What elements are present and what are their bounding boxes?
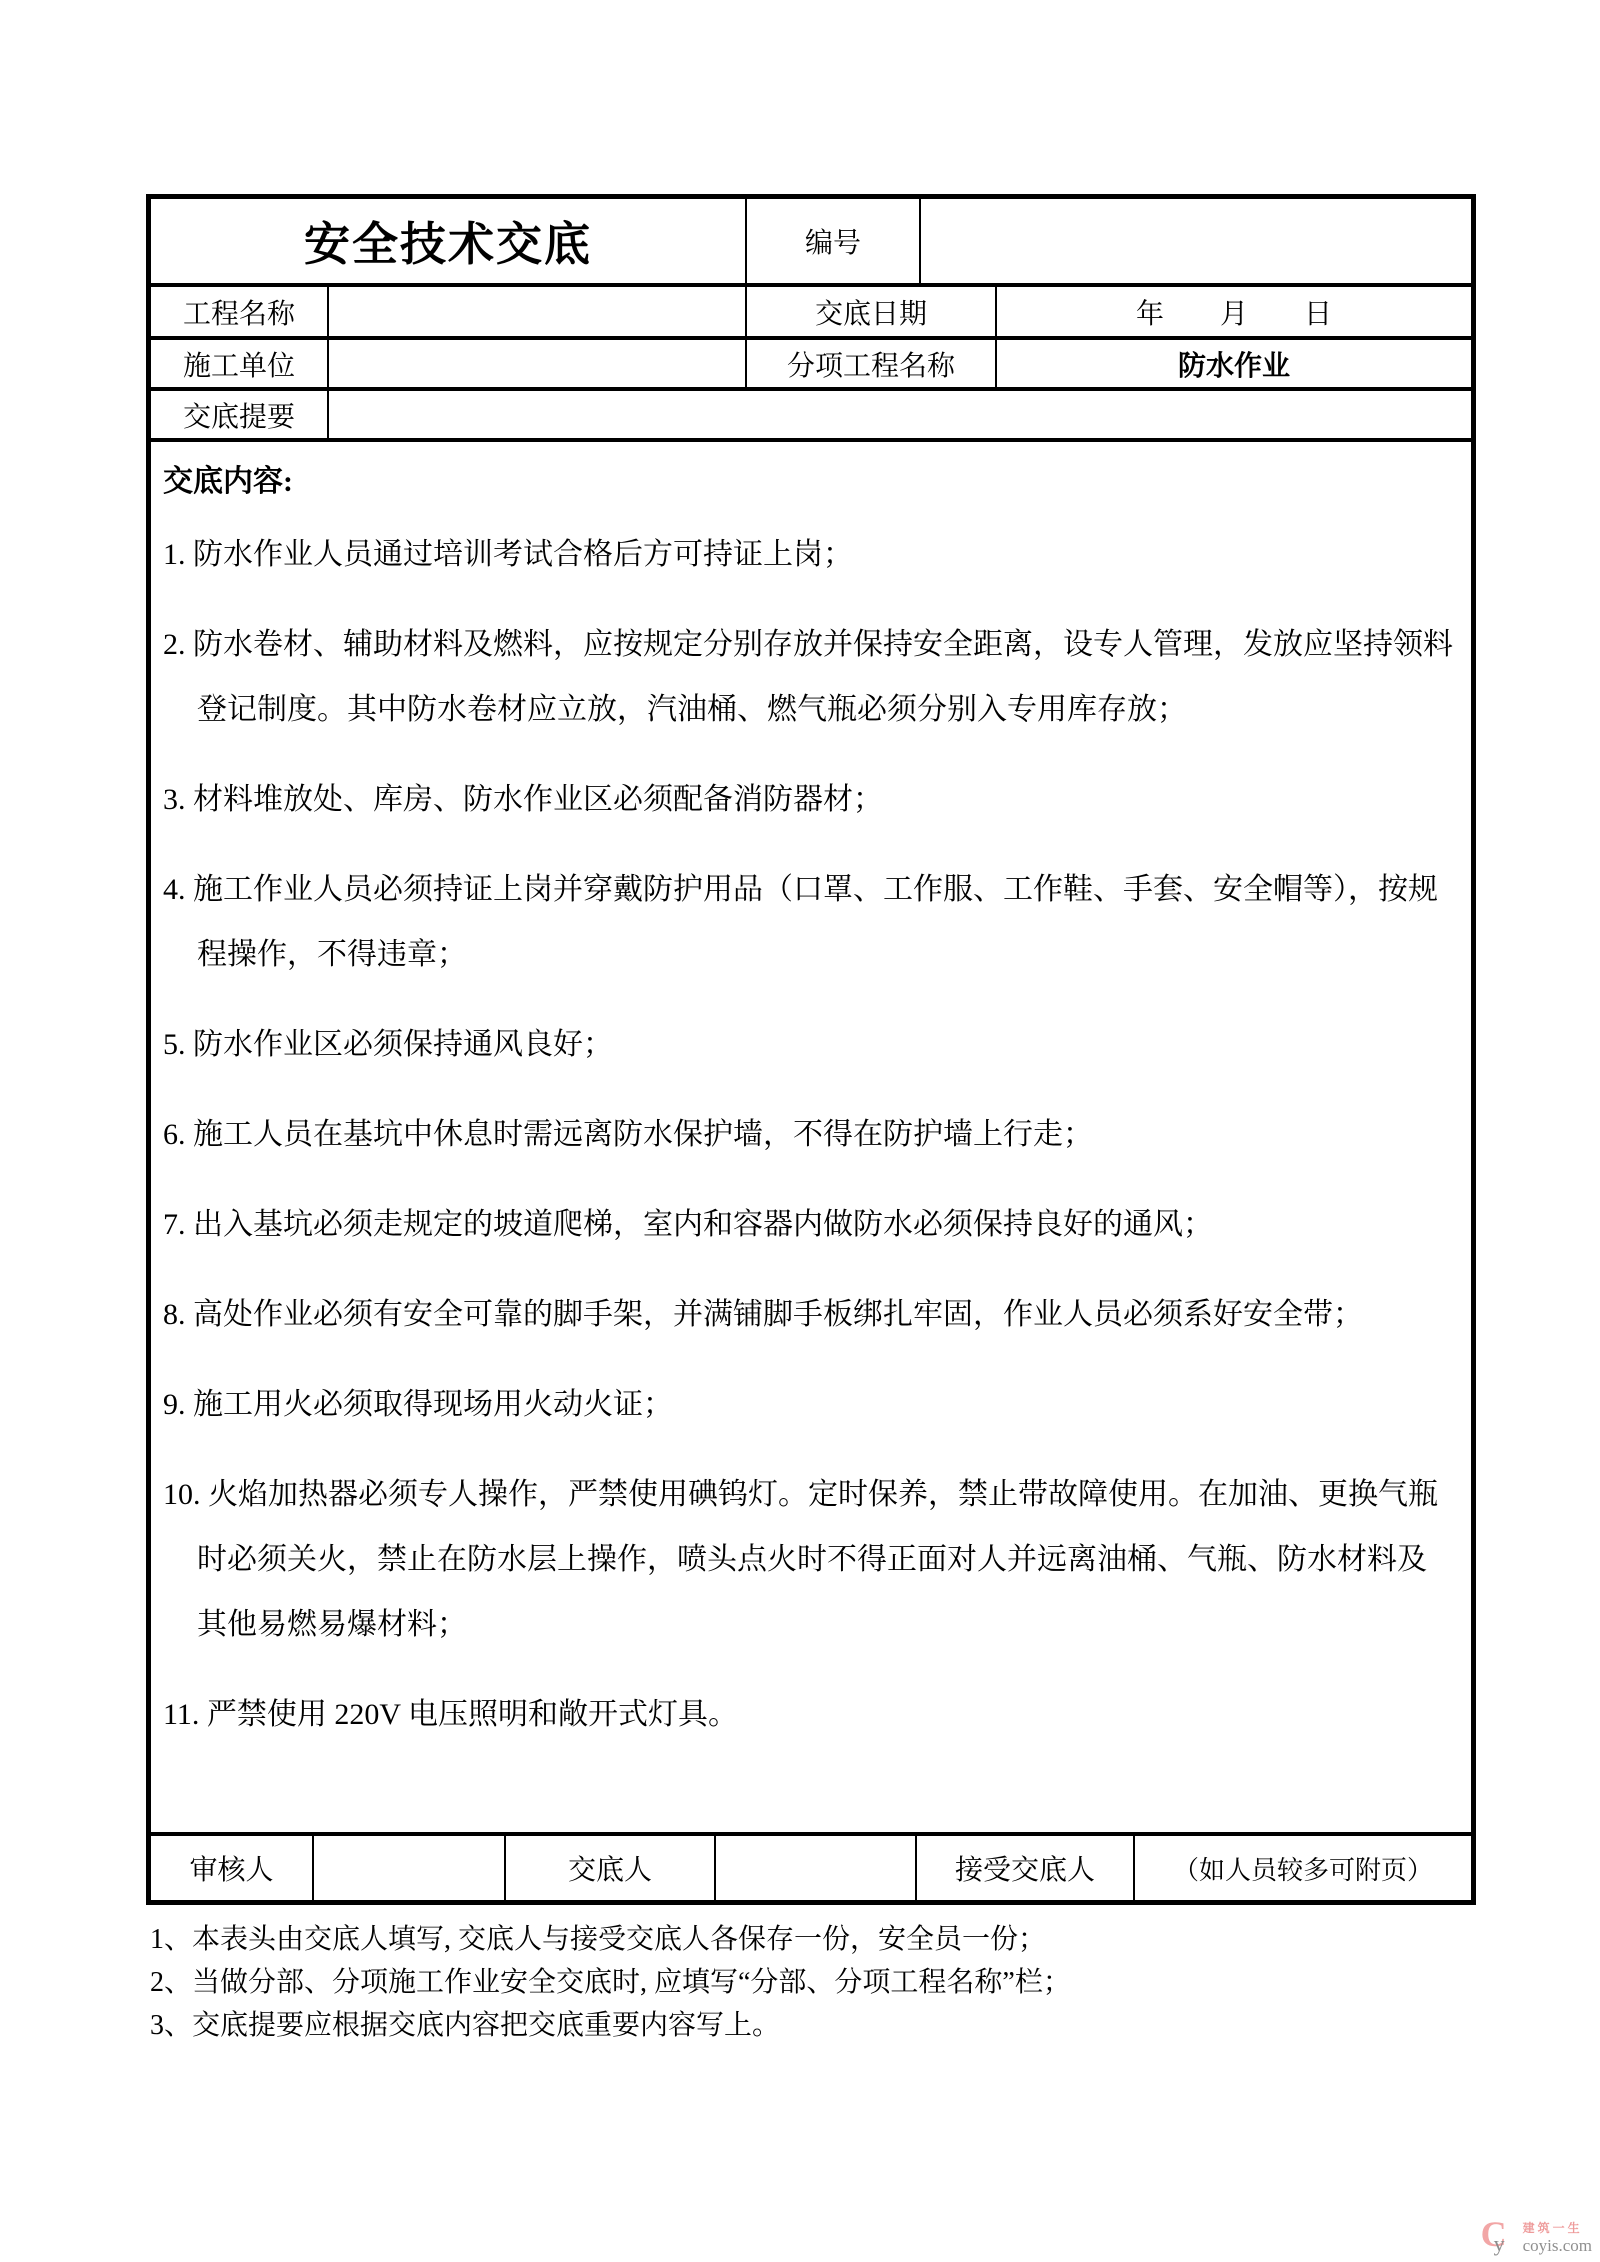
disclosure-date-label: 交底日期 [747,287,997,336]
project-name-label: 工程名称 [151,287,329,336]
construction-unit-label: 施工单位 [151,340,329,387]
safety-disclosure-form: 安全技术交底 编号 工程名称 交底日期 年 月 日 施工单位 分项工程名称 防水… [146,194,1476,1905]
disclosure-content: 交底内容: 1. 防水作业人员通过培训考试合格后方可持证上岗； 2. 防水卷材、… [151,442,1471,1832]
coyis-logo-icon: C y [1481,2216,1517,2256]
content-item: 7. 出入基坑必须走规定的坡道爬梯，室内和容器内做防水必须保持良好的通风； [163,1192,1455,1257]
watermark-domain: coyis.com [1523,2235,1592,2256]
watermark-text: 建筑一生 coyis.com [1523,2221,1592,2256]
reviewer-value-cell [314,1836,506,1900]
logo-letter-y: y [1494,2233,1505,2255]
summary-row: 交底提要 [151,391,1471,442]
disclosure-date-value: 年 月 日 [997,287,1471,336]
content-item: 5. 防水作业区必须保持通风良好； [163,1012,1455,1077]
content-row: 交底内容: 1. 防水作业人员通过培训考试合格后方可持证上岗； 2. 防水卷材、… [151,442,1471,1832]
unit-row: 施工单位 分项工程名称 防水作业 [151,340,1471,391]
number-value-cell [921,199,1471,283]
sub-project-value: 防水作业 [997,340,1471,387]
footnotes: 1、本表头由交底人填写, 交底人与接受交底人各保存一份，安全员一份； 2、当做分… [150,1918,1400,2047]
content-item: 9. 施工用火必须取得现场用火动火证； [163,1372,1455,1437]
construction-unit-value-cell [329,340,747,387]
content-item: 6. 施工人员在基坑中休息时需远离防水保护墙，不得在防护墙上行走； [163,1102,1455,1167]
content-heading: 交底内容: [163,458,1455,506]
footnote: 3、交底提要应根据交底内容把交底重要内容写上。 [150,2004,1400,2047]
summary-label: 交底提要 [151,391,329,438]
content-item: 2. 防水卷材、辅助材料及燃料，应按规定分别存放并保持安全距离，设专人管理，发放… [163,612,1455,742]
summary-value-cell [329,391,1471,438]
receiver-label: 接受交底人 [917,1836,1135,1900]
signoff-row: 审核人 交底人 接受交底人 （如人员较多可附页） [151,1832,1471,1900]
site-watermark: C y 建筑一生 coyis.com [1481,2216,1592,2256]
footnote: 2、当做分部、分项施工作业安全交底时, 应填写“分部、分项工程名称”栏； [150,1961,1400,2004]
content-item: 10. 火焰加热器必须专人操作，严禁使用碘钨灯。定时保养，禁止带故障使用。在加油… [163,1462,1455,1657]
receiver-note: （如人员较多可附页） [1135,1836,1471,1900]
content-item: 8. 高处作业必须有安全可靠的脚手架，并满铺脚手板绑扎牢固，作业人员必须系好安全… [163,1282,1455,1347]
discloser-label: 交底人 [506,1836,716,1900]
discloser-value-cell [716,1836,917,1900]
reviewer-label: 审核人 [151,1836,314,1900]
footnote: 1、本表头由交底人填写, 交底人与接受交底人各保存一份，安全员一份； [150,1918,1400,1961]
watermark-brand: 建筑一生 [1523,2221,1583,2235]
content-item: 11. 严禁使用 220V 电压照明和敞开式灯具。 [163,1682,1455,1747]
content-item: 4. 施工作业人员必须持证上岗并穿戴防护用品（口罩、工作服、工作鞋、手套、安全帽… [163,857,1455,987]
number-label: 编号 [747,199,921,283]
content-item: 1. 防水作业人员通过培训考试合格后方可持证上岗； [163,522,1455,587]
title-row: 安全技术交底 编号 [151,199,1471,287]
sub-project-label: 分项工程名称 [747,340,997,387]
project-name-value-cell [329,287,747,336]
project-row: 工程名称 交底日期 年 月 日 [151,287,1471,340]
content-item: 3. 材料堆放处、库房、防水作业区必须配备消防器材； [163,767,1455,832]
form-title: 安全技术交底 [151,199,747,283]
